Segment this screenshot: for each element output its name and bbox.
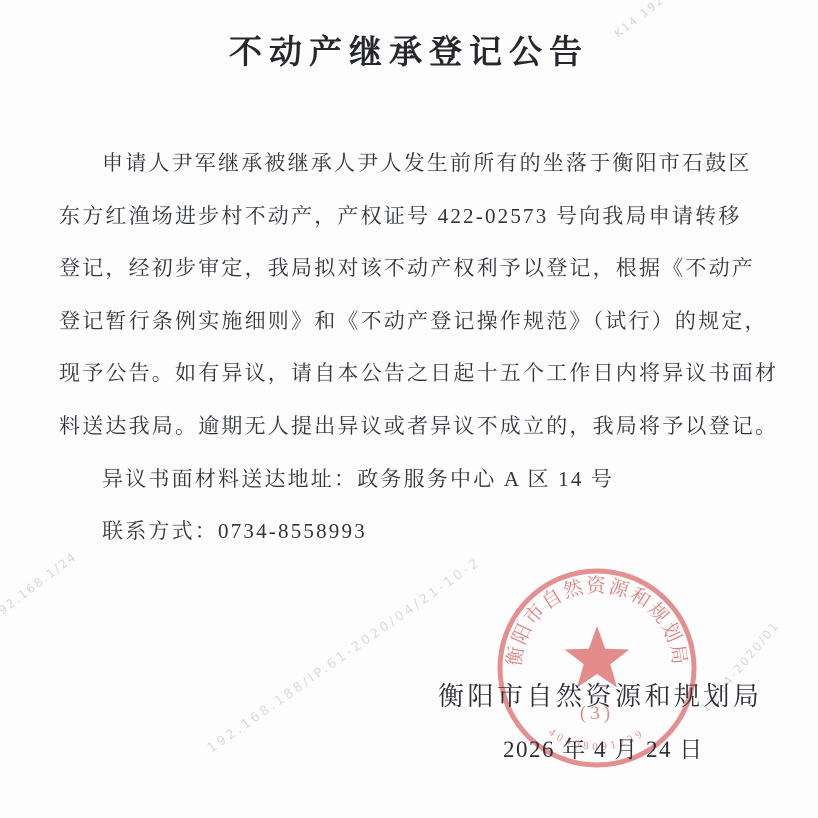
body-line: 登记暂行条例实施细则》和《不动产登记操作规范》（试行）的规定， bbox=[59, 295, 761, 348]
document-title: 不动产继承登记公告 bbox=[0, 26, 818, 73]
body-line: 现予公告。如有异议，请自本公告之日起十五个工作日内将异议书面材 bbox=[59, 347, 761, 400]
address-line: 异议书面材料送达地址：政务服务中心 A 区 14 号 bbox=[59, 453, 761, 506]
body-line: 登记，经初步审定，我局拟对该不动产权利予以登记，根据《不动产 bbox=[59, 242, 761, 295]
watermark-left: 192.168.1/24 bbox=[0, 549, 80, 623]
document-body: 申请人尹军继承被继承人尹人发生前所有的坐落于衡阳市石鼓区 东方红渔场进步村不动产… bbox=[59, 137, 761, 558]
document-page: K14 192.198 192.168.1/24 192.168.188/IP.… bbox=[0, 0, 818, 818]
body-line: 东方红渔场进步村不动产，产权证号 422-02573 号向我局申请转移 bbox=[59, 190, 761, 243]
contact-line: 联系方式：0734-8558993 bbox=[59, 505, 761, 558]
issuing-agency: 衡阳市自然资源和规划局 bbox=[438, 676, 763, 713]
body-line: 料送达我局。逾期无人提出异议或者异议不成立的，我局将予以登记。 bbox=[59, 400, 761, 453]
body-line: 申请人尹军继承被继承人尹人发生前所有的坐落于衡阳市石鼓区 bbox=[59, 137, 761, 190]
issue-date: 2026 年 4 月 24 日 bbox=[503, 731, 704, 764]
watermark-diagonal: 192.168.188/IP.61-2020/04/21-10-2 bbox=[205, 555, 484, 757]
